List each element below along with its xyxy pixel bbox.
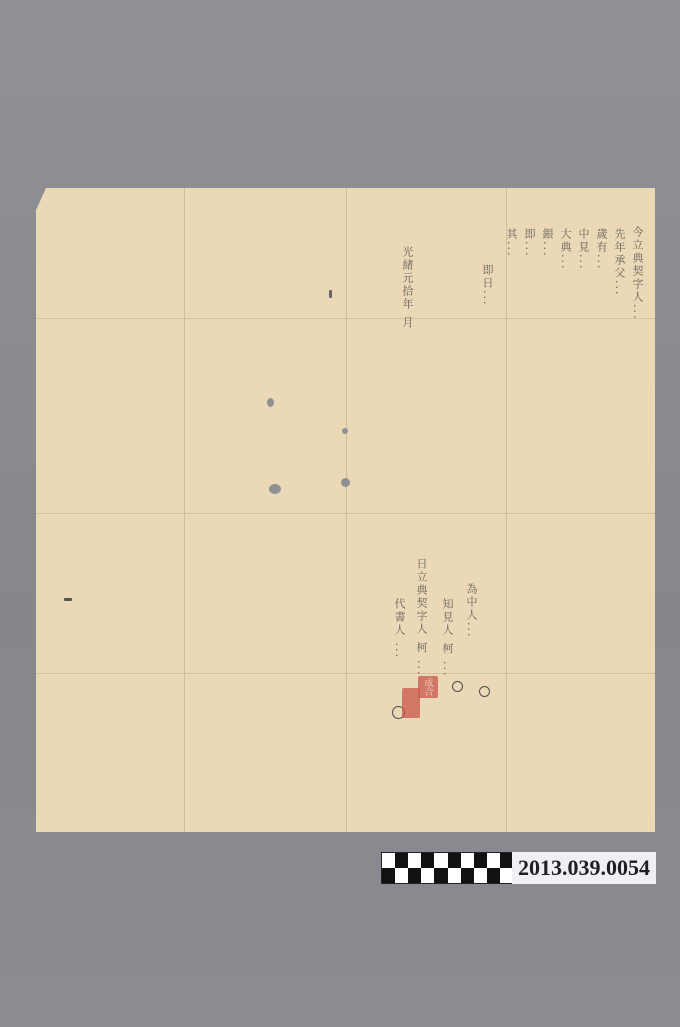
circle-mark-icon (452, 681, 463, 692)
stain-spot (269, 484, 281, 494)
stain-spot (64, 598, 72, 601)
body-column: 其... (506, 228, 517, 788)
red-seal-stamp (402, 688, 420, 718)
fold-line (346, 188, 347, 832)
accession-number-label: 2013.039.0054 (512, 852, 656, 884)
date-line: 光緒元拾年 月 (402, 246, 413, 356)
body-column: 銀... (542, 228, 553, 788)
body-column: 大典... (560, 228, 571, 788)
body-column: 今立典契字人... (632, 226, 643, 786)
fold-line (184, 188, 185, 832)
body-column: 先年承父... (614, 228, 625, 788)
stain-spot (342, 428, 348, 434)
stain-spot (267, 398, 274, 407)
stain-spot (329, 290, 332, 298)
body-column: 即日... (482, 264, 493, 464)
stain-spot (341, 478, 350, 487)
circle-mark-icon (479, 686, 490, 697)
body-column: 即... (524, 228, 535, 788)
witness-signature: 知見人 柯 ... (442, 598, 453, 738)
body-column: 歲有... (596, 228, 607, 788)
body-column: 中見... (578, 228, 589, 788)
middleman-signature: 為中人... (466, 583, 477, 733)
document-paper: 今立典契字人... 先年承父... 歲有... 中見... 大典... 銀...… (36, 188, 655, 832)
color-scale-bar (381, 852, 514, 884)
red-seal-stamp: 成合 (418, 676, 438, 698)
